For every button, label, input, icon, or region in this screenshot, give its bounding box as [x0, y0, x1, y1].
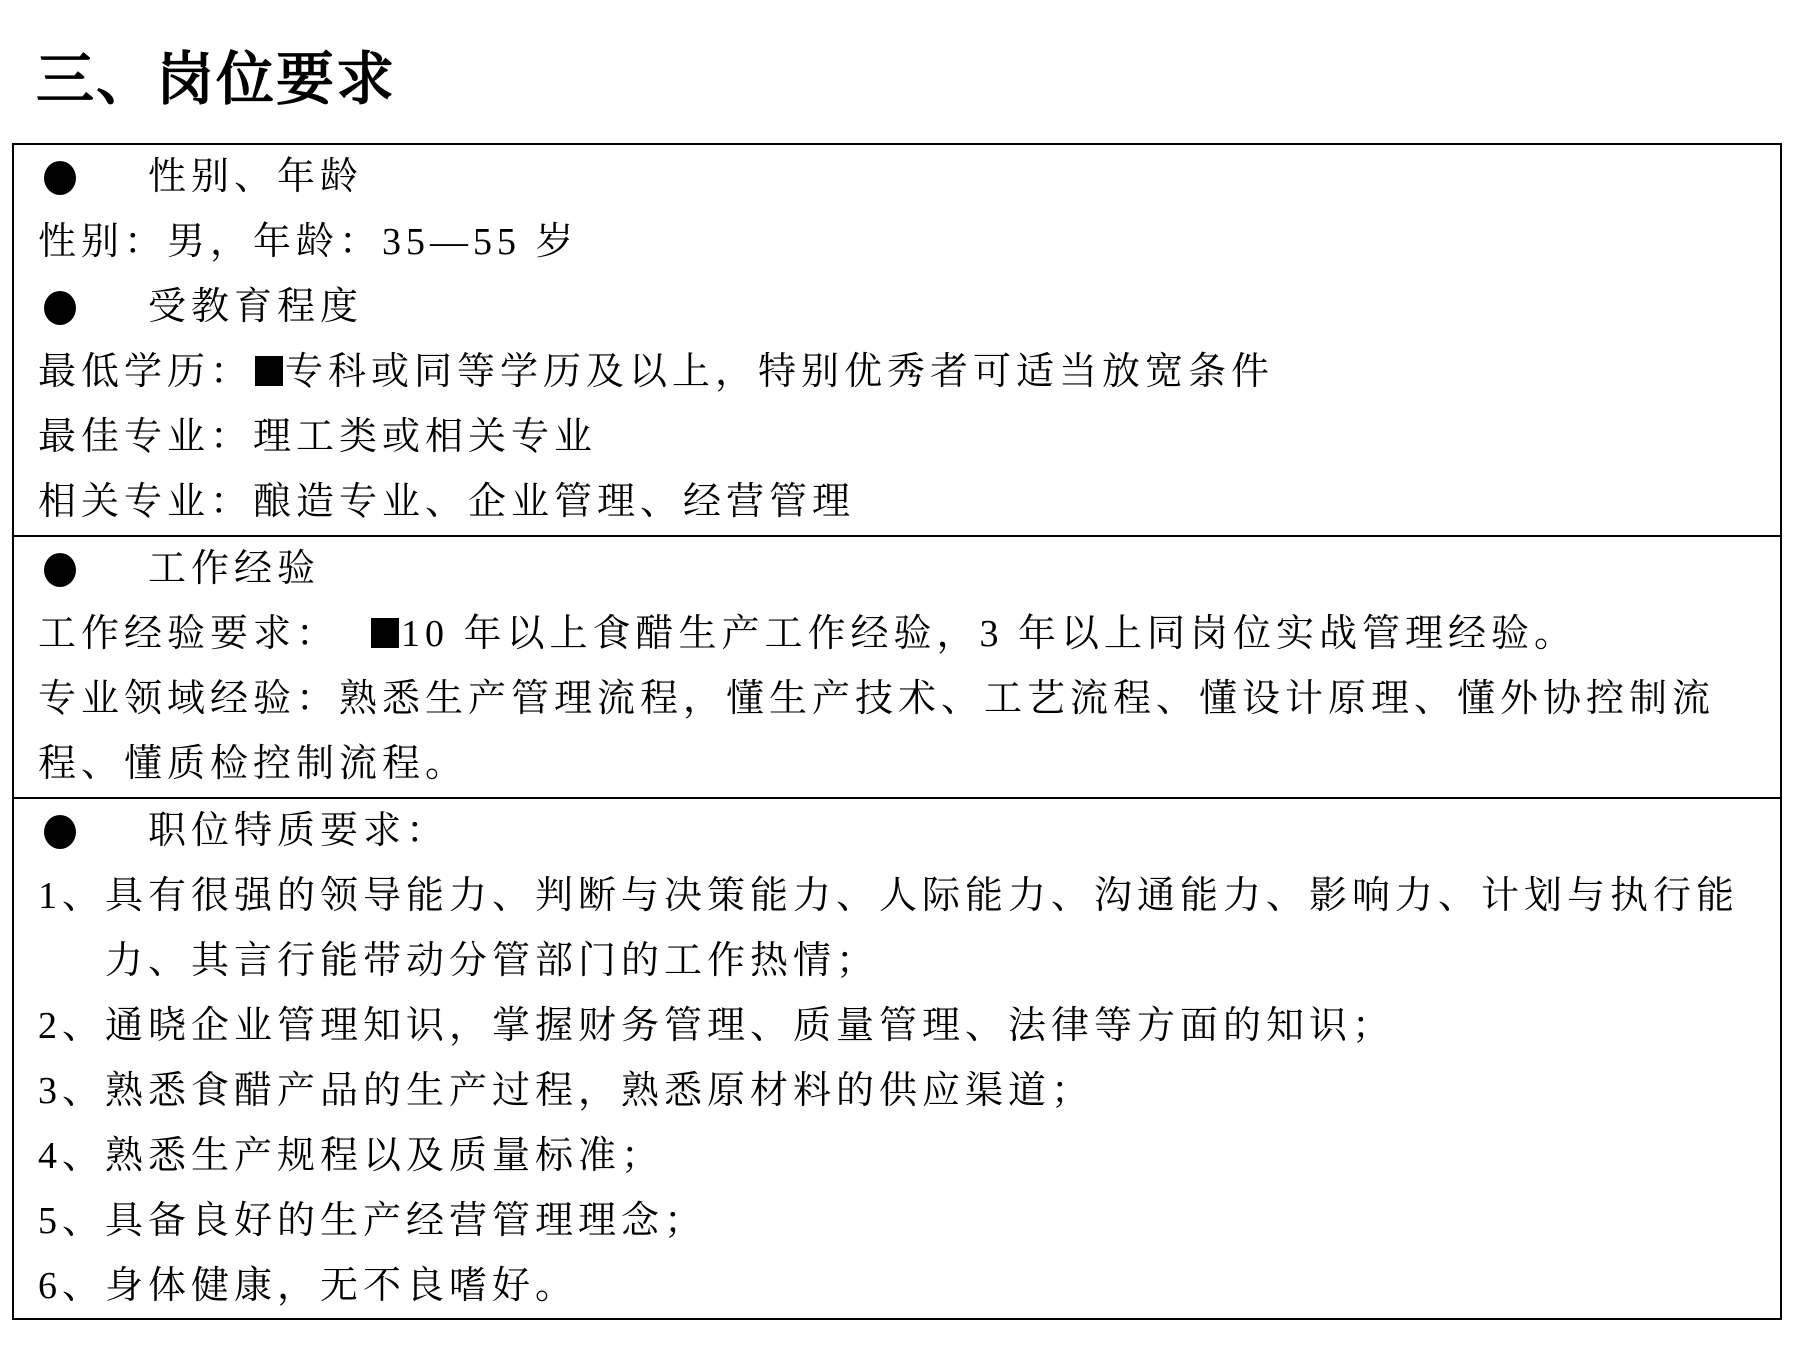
section-heading: 受教育程度 [38, 275, 1758, 340]
heading-gender-age: 性别、年龄 [148, 145, 363, 210]
best-major-line: 最佳专业：理工类或相关专业 [38, 405, 1758, 470]
heading-education: 受教育程度 [148, 275, 363, 340]
bullet-icon [44, 161, 76, 195]
checkbox-filled-icon [255, 356, 283, 386]
related-major-value: 酿造专业、企业管理、经营管理 [253, 481, 855, 523]
gender-age-value: 男，年龄：35—55 岁 [167, 221, 579, 263]
bullet-icon [44, 553, 76, 587]
trait-item: 4、 熟悉生产规程以及质量标准； [38, 1124, 1758, 1189]
trait-item: 2、 通晓企业管理知识，掌握财务管理、质量管理、法律等方面的知识； [38, 994, 1758, 1059]
trait-number: 5、 [38, 1189, 105, 1254]
min-education-label: 最低学历： [38, 351, 253, 393]
trait-number: 1、 [38, 864, 105, 994]
work-experience-label: 工作经验要求： [38, 613, 339, 655]
heading-work-experience: 工作经验 [148, 537, 320, 602]
requirements-table: 性别、年龄 性别：男，年龄：35—55 岁 受教育程度 最低学历：专科或同等学历… [12, 143, 1782, 1320]
min-education-line: 最低学历：专科或同等学历及以上，特别优秀者可适当放宽条件 [38, 340, 1758, 405]
related-major-line: 相关专业：酿造专业、企业管理、经营管理 [38, 470, 1758, 535]
related-major-label: 相关专业： [38, 481, 253, 523]
best-major-value: 理工类或相关专业 [253, 416, 597, 458]
trait-item: 5、 具备良好的生产经营管理理念； [38, 1189, 1758, 1254]
trait-number: 6、 [38, 1254, 105, 1319]
best-major-label: 最佳专业： [38, 416, 253, 458]
trait-item: 6、 身体健康，无不良嗜好。 [38, 1254, 1758, 1319]
bullet-icon [44, 815, 76, 849]
gender-label: 性别： [38, 221, 167, 263]
gender-age-line: 性别：男，年龄：35—55 岁 [38, 210, 1758, 275]
trait-text: 熟悉生产规程以及质量标准； [105, 1124, 1758, 1189]
work-experience-value: 10 年以上食醋生产工作经验，3 年以上同岗位实战管理经验。 [401, 613, 1577, 655]
checkbox-filled-icon [371, 618, 399, 648]
trait-text: 具备良好的生产经营管理理念； [105, 1189, 1758, 1254]
domain-experience-label: 专业领域经验： [38, 678, 339, 720]
work-experience-requirement-line: 工作经验要求：10 年以上食醋生产工作经验，3 年以上同岗位实战管理经验。 [38, 602, 1758, 667]
min-education-value: 专科或同等学历及以上，特别优秀者可适当放宽条件 [285, 351, 1274, 393]
page-title: 三、岗位要求 [36, 40, 396, 120]
section-position-traits: 职位特质要求： 1、 具有很强的领导能力、判断与决策能力、人际能力、沟通能力、影… [14, 799, 1780, 1318]
trait-item: 3、 熟悉食醋产品的生产过程，熟悉原材料的供应渠道； [38, 1059, 1758, 1124]
heading-position-traits: 职位特质要求： [148, 799, 449, 864]
section-gender-age-education: 性别、年龄 性别：男，年龄：35—55 岁 受教育程度 最低学历：专科或同等学历… [14, 145, 1780, 537]
section-heading: 工作经验 [38, 537, 1758, 602]
trait-number: 2、 [38, 994, 105, 1059]
trait-number: 3、 [38, 1059, 105, 1124]
trait-text: 身体健康，无不良嗜好。 [105, 1254, 1758, 1319]
trait-number: 4、 [38, 1124, 105, 1189]
domain-experience-line: 专业领域经验：熟悉生产管理流程，懂生产技术、工艺流程、懂设计原理、懂外协控制流程… [38, 667, 1758, 797]
trait-text: 熟悉食醋产品的生产过程，熟悉原材料的供应渠道； [105, 1059, 1758, 1124]
bullet-icon [44, 291, 76, 325]
section-work-experience: 工作经验 工作经验要求：10 年以上食醋生产工作经验，3 年以上同岗位实战管理经… [14, 537, 1780, 799]
section-heading: 性别、年龄 [38, 145, 1758, 210]
trait-text: 通晓企业管理知识，掌握财务管理、质量管理、法律等方面的知识； [105, 994, 1758, 1059]
section-heading: 职位特质要求： [38, 799, 1758, 864]
trait-item: 1、 具有很强的领导能力、判断与决策能力、人际能力、沟通能力、影响力、计划与执行… [38, 864, 1758, 994]
trait-text: 具有很强的领导能力、判断与决策能力、人际能力、沟通能力、影响力、计划与执行能力、… [105, 864, 1758, 994]
